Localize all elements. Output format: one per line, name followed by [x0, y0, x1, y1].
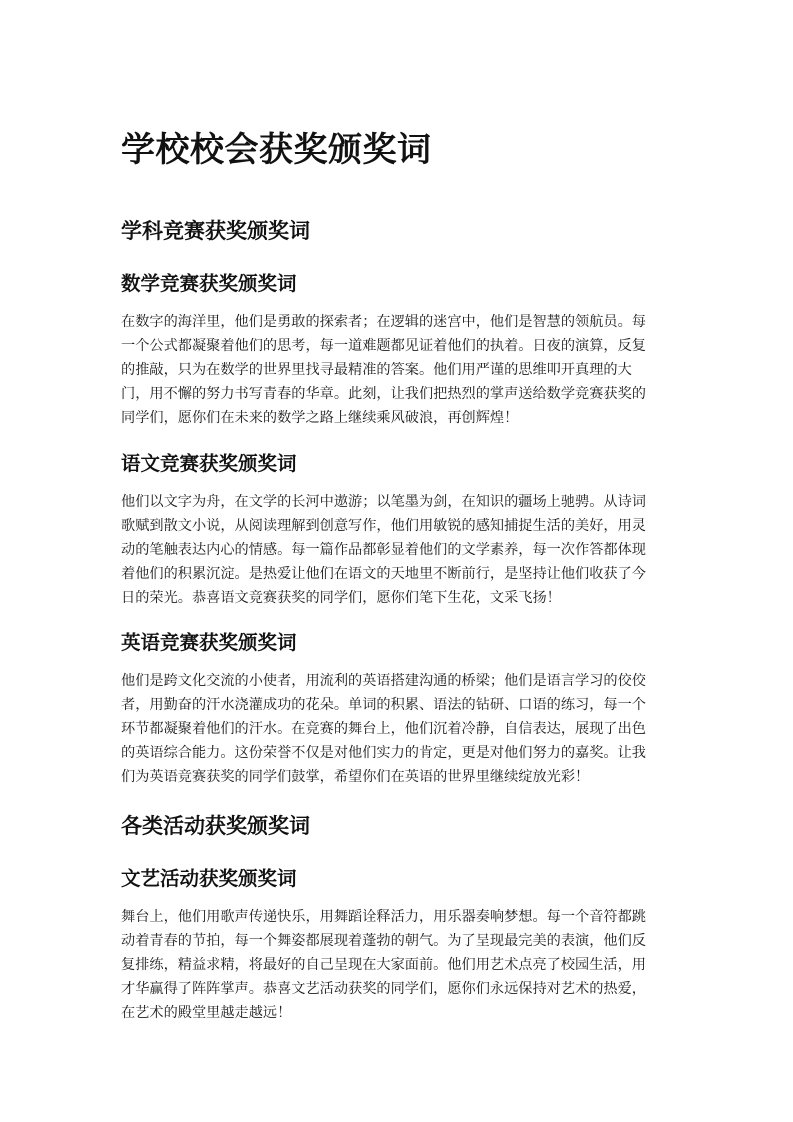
document-title: 学校校会获奖颁奖词: [121, 128, 432, 172]
paragraph-line: 们为英语竞赛获奖的同学们鼓掌，希望你们在英语的世界里继续绽放光彩！: [121, 765, 666, 789]
paragraph-line: 一个公式都凝聚着他们的思考，每一道难题都见证着他们的执着。日夜的演算，反复: [121, 334, 666, 358]
paragraph-line: 才华赢得了阵阵掌声。恭喜文艺活动获奖的同学们，愿你们永远保持对艺术的热爱，: [121, 977, 666, 1001]
paragraph-line: 在数字的海洋里，他们是勇敢的探索者；在逻辑的迷宫中，他们是智慧的领航员。每: [121, 310, 666, 334]
paragraph-line: 者，用勤奋的汗水浇灌成功的花朵。单词的积累、语法的钻研、口语的练习，每一个: [121, 693, 666, 717]
paragraph-line: 动的笔触表达内心的情感。每一篇作品都彰显着他们的文学素养，每一次作答都体现: [121, 538, 666, 562]
paragraph-line: 他们以文字为舟，在文学的长河中遨游；以笔墨为剑，在知识的疆场上驰骋。从诗词: [121, 490, 666, 514]
paragraph-line: 门，用不懈的努力书写青春的华章。此刻，让我们把热烈的掌声送给数学竞赛获奖的: [121, 382, 666, 406]
subsection-heading-english: 英语竞赛获奖颁奖词: [121, 630, 297, 656]
subsection-heading-chinese: 语文竞赛获奖颁奖词: [121, 451, 297, 477]
paragraph-line: 同学们，愿你们在未来的数学之路上继续乘风破浪，再创辉煌！: [121, 406, 666, 430]
paragraph-line: 在艺术的殿堂里越走越远！: [121, 1001, 666, 1025]
paragraph-chinese: 他们以文字为舟，在文学的长河中遨游；以笔墨为剑，在知识的疆场上驰骋。从诗词 歌赋…: [121, 490, 666, 610]
paragraph-line: 舞台上，他们用歌声传递快乐，用舞蹈诠释活力，用乐器奏响梦想。每一个音符都跳: [121, 905, 666, 929]
section-heading-academic-competitions: 学科竞赛获奖颁奖词: [121, 217, 310, 245]
paragraph-line: 环节都凝聚着他们的汗水。在竞赛的舞台上，他们沉着冷静，自信表达，展现了出色: [121, 717, 666, 741]
paragraph-line: 歌赋到散文小说，从阅读理解到创意写作，他们用敏锐的感知捕捉生活的美好，用灵: [121, 514, 666, 538]
paragraph-line: 他们是跨文化交流的小使者，用流利的英语搭建沟通的桥梁；他们是语言学习的佼佼: [121, 669, 666, 693]
paragraph-line: 动着青春的节拍，每一个舞姿都展现着蓬勃的朝气。为了呈现最完美的表演，他们反: [121, 929, 666, 953]
paragraph-arts: 舞台上，他们用歌声传递快乐，用舞蹈诠释活力，用乐器奏响梦想。每一个音符都跳 动着…: [121, 905, 666, 1025]
paragraph-english: 他们是跨文化交流的小使者，用流利的英语搭建沟通的桥梁；他们是语言学习的佼佼 者，…: [121, 669, 666, 789]
paragraph-line: 复排练，精益求精，将最好的自己呈现在大家面前。他们用艺术点亮了校园生活，用: [121, 953, 666, 977]
paragraph-math: 在数字的海洋里，他们是勇敢的探索者；在逻辑的迷宫中，他们是智慧的领航员。每 一个…: [121, 310, 666, 430]
paragraph-line: 的推敲，只为在数学的世界里找寻最精准的答案。他们用严谨的思维叩开真理的大: [121, 358, 666, 382]
subsection-heading-arts: 文艺活动获奖颁奖词: [121, 866, 297, 892]
subsection-heading-math: 数学竞赛获奖颁奖词: [121, 271, 297, 297]
section-heading-activities: 各类活动获奖颁奖词: [121, 812, 310, 840]
paragraph-line: 日的荣光。恭喜语文竞赛获奖的同学们，愿你们笔下生花，文采飞扬！: [121, 586, 666, 610]
paragraph-line: 的英语综合能力。这份荣誉不仅是对他们实力的肯定，更是对他们努力的嘉奖。让我: [121, 741, 666, 765]
paragraph-line: 着他们的积累沉淀。是热爱让他们在语文的天地里不断前行，是坚持让他们收获了今: [121, 562, 666, 586]
